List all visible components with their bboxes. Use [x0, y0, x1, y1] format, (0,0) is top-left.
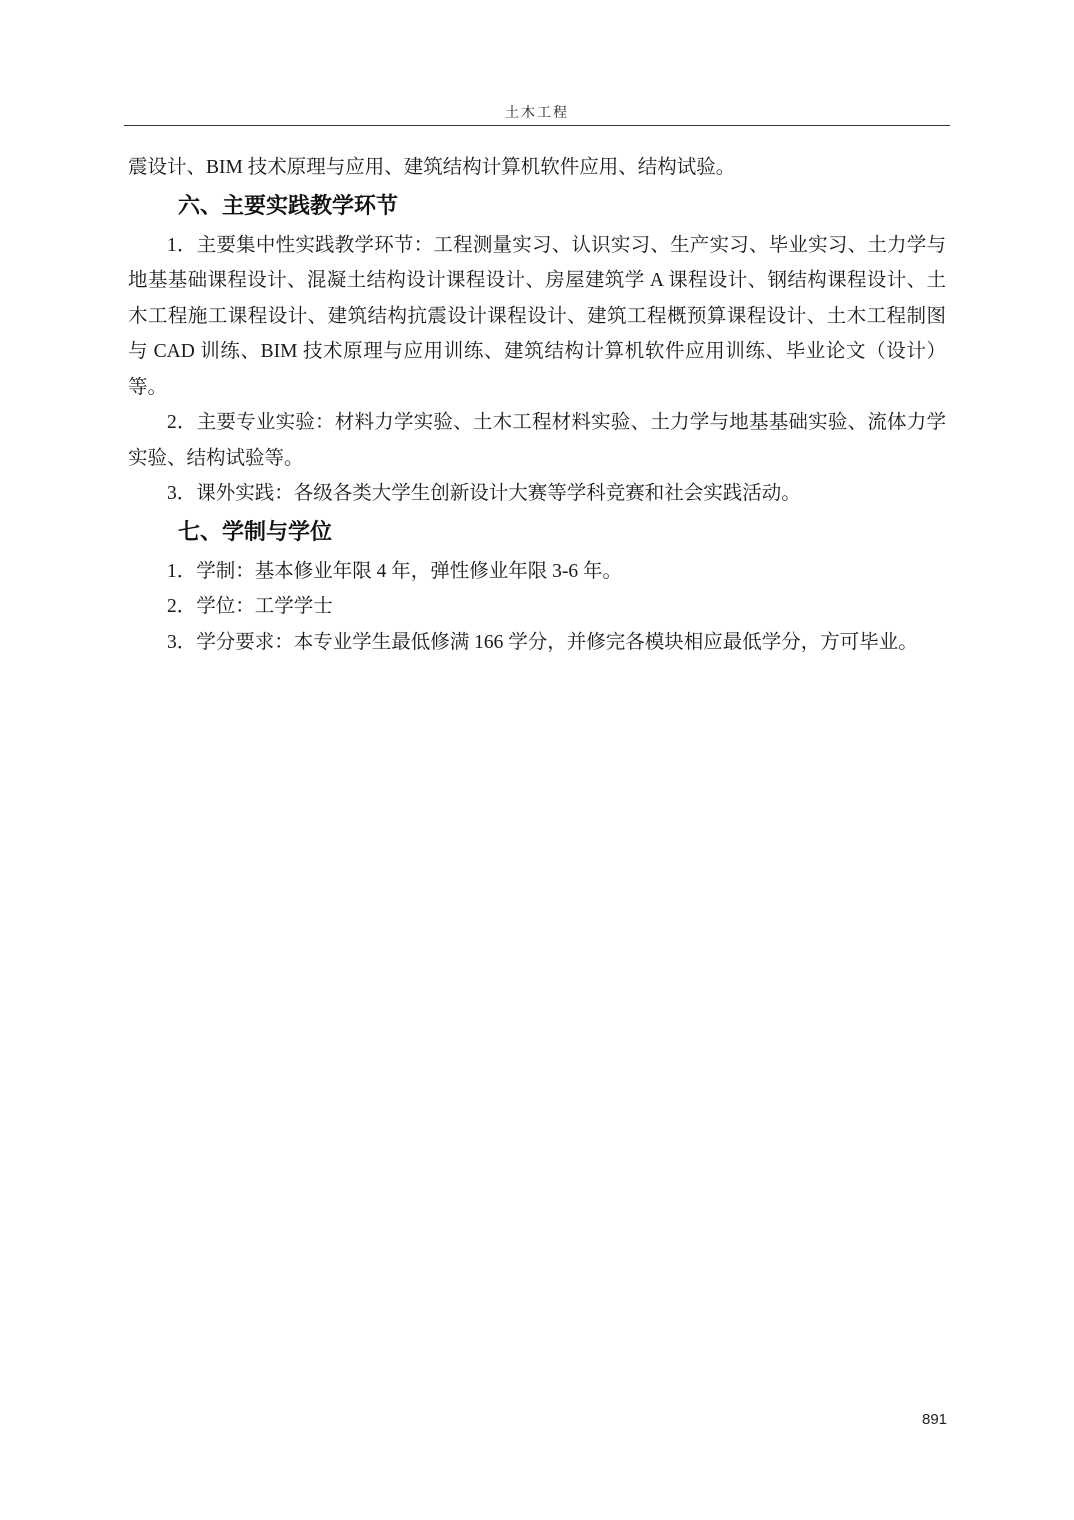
page-number: 891	[922, 1411, 947, 1428]
continuation-paragraph: 震设计、BIM 技术原理与应用、建筑结构计算机软件应用、结构试验。	[128, 150, 946, 186]
degree-item-1: 1．学制：基本修业年限 4 年，弹性修业年限 3-6 年。	[128, 554, 946, 590]
practice-item-2: 2．主要专业实验：材料力学实验、土木工程材料实验、土力学与地基基础实验、流体力学…	[128, 405, 946, 476]
document-body: 震设计、BIM 技术原理与应用、建筑结构计算机软件应用、结构试验。 六、主要实践…	[128, 150, 946, 660]
degree-item-3: 3．学分要求：本专业学生最低修满 166 学分，并修完各模块相应最低学分，方可毕…	[128, 625, 946, 661]
section-heading-degree: 七、学制与学位	[128, 512, 946, 554]
practice-item-1: 1．主要集中性实践教学环节：工程测量实习、认识实习、生产实习、毕业实习、土力学与…	[128, 228, 946, 406]
degree-item-2: 2．学位：工学学士	[128, 589, 946, 625]
running-header-title: 土木工程	[0, 102, 1074, 122]
practice-item-3: 3．课外实践：各级各类大学生创新设计大赛等学科竞赛和社会实践活动。	[128, 476, 946, 512]
section-heading-practice: 六、主要实践教学环节	[128, 186, 946, 228]
header-divider	[124, 125, 950, 126]
